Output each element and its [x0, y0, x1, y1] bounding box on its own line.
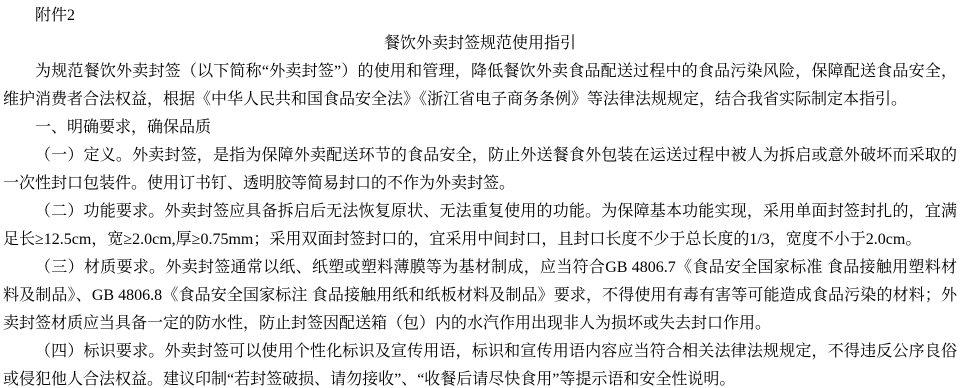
paragraph: （三）材质要求。外卖封签通常以纸、纸塑或塑料薄膜等为基材制成，应当符合GB 48…: [3, 254, 957, 338]
paragraph: （二）功能要求。外卖封签应具备拆启后无法恢复原状、无法重复使用的功能。为保障基本…: [3, 198, 957, 254]
paragraph: 为规范餐饮外卖封签（以下简称“外卖封签”）的使用和管理，降低餐饮外卖食品配送过程…: [3, 58, 957, 114]
paragraph: （一）定义。外卖封签，是指为保障外卖配送环节的食品安全，防止外送餐食外包装在运送…: [3, 142, 957, 198]
document-title: 餐饮外卖封签规范使用指引: [3, 30, 957, 58]
attachment-label: 附件2: [3, 2, 957, 30]
paragraph: （四）标识要求。外卖封签可以使用个性化标识及宣传用语，标识和宣传用语内容应当符合…: [3, 338, 957, 388]
document-body: 为规范餐饮外卖封签（以下简称“外卖封签”）的使用和管理，降低餐饮外卖食品配送过程…: [3, 58, 957, 388]
document-page: 附件2 餐饮外卖封签规范使用指引 为规范餐饮外卖封签（以下简称“外卖封签”）的使…: [0, 0, 960, 388]
paragraph: 一、明确要求，确保品质: [3, 114, 957, 142]
